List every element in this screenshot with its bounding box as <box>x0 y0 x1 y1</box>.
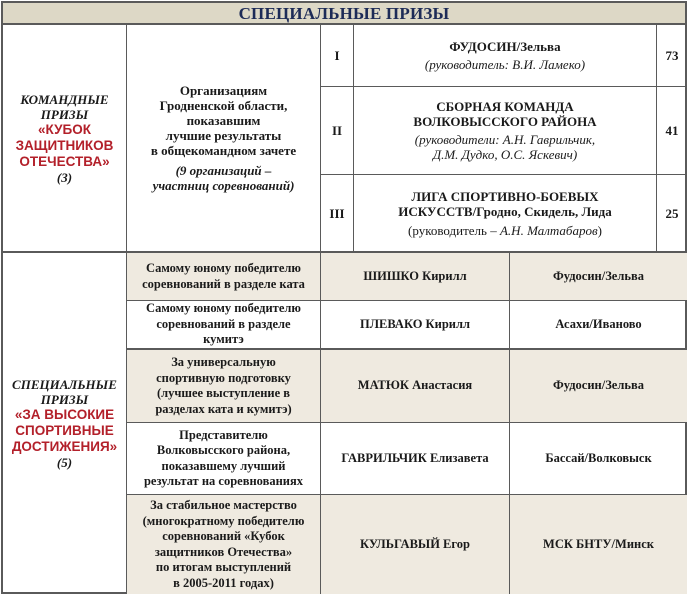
place-3-leader: (руководитель – А.Н. Малтабаров) <box>408 223 602 238</box>
team-prize-description: Организациям Гродненской области, показа… <box>127 25 320 251</box>
award-5-nomination: За стабильное мастерство (многократному … <box>127 495 320 594</box>
place-2-team: СБОРНАЯ КОМАНДА ВОЛКОВЫССКОГО РАЙОНА (ру… <box>354 87 656 174</box>
award-3-club: Фудосин/Зельва <box>510 350 687 422</box>
place-1-label: I <box>321 25 353 86</box>
special-prizes-category: СПЕЦИАЛЬНЫЕ ПРИЗЫ «ЗА ВЫСОКИЕ СПОРТИВНЫЕ… <box>3 253 126 594</box>
place-1-team-name: ФУДОСИН/Зельва <box>449 39 560 54</box>
prizes-table: СПЕЦИАЛЬНЫЕ ПРИЗЫ КОМАНДНЫЕ ПРИЗЫ «КУБОК… <box>1 1 687 594</box>
award-2-nomination: Самому юному победителю соревнований в р… <box>127 301 320 348</box>
award-4-club: Бассай/Волковыск <box>510 423 687 494</box>
special-prize-count: (5) <box>57 455 72 470</box>
team-prizes-category: КОМАНДНЫЕ ПРИЗЫ «КУБОК ЗАЩИТНИКОВ ОТЕЧЕС… <box>3 25 126 251</box>
place-1-team: ФУДОСИН/Зельва (руководитель: В.И. Ламек… <box>354 25 656 86</box>
award-1-nomination: Самому юному победителю соревнований в р… <box>127 253 320 300</box>
place-3-points: 25 <box>657 175 687 251</box>
team-description-note: (9 организаций – участниц соревнований) <box>153 163 295 193</box>
award-3-nomination: За универсальную спортивную подготовку (… <box>127 350 320 422</box>
place-2-leaders: (руководители: А.Н. Гаврильчик, Д.М. Дуд… <box>415 132 595 162</box>
award-2-winner: ПЛЕВАКО Кирилл <box>321 301 509 348</box>
award-3-winner: МАТЮК Анастасия <box>321 350 509 422</box>
special-category-label: СПЕЦИАЛЬНЫЕ ПРИЗЫ <box>12 377 117 407</box>
place-2-team-name: СБОРНАЯ КОМАНДА ВОЛКОВЫССКОГО РАЙОНА <box>413 99 596 129</box>
place-2-points: 41 <box>657 87 687 174</box>
award-4-winner: ГАВРИЛЬЧИК Елизавета <box>321 423 509 494</box>
place-1-points: 73 <box>657 25 687 86</box>
place-2-label: II <box>321 87 353 174</box>
award-5-club: МСК БНТУ/Минск <box>510 495 687 594</box>
team-category-label: КОМАНДНЫЕ ПРИЗЫ <box>20 92 108 122</box>
award-2-club: Асахи/Иваново <box>510 301 687 348</box>
award-4-nomination: Представителю Волковысского района, пока… <box>127 423 320 494</box>
award-1-winner: ШИШКО Кирилл <box>321 253 509 300</box>
page-title: СПЕЦИАЛЬНЫЕ ПРИЗЫ <box>3 3 685 25</box>
place-3-team-name: ЛИГА СПОРТИВНО-БОЕВЫХ ИСКУССТВ/Гродно, С… <box>398 189 611 219</box>
place-3-label: III <box>321 175 353 251</box>
award-5-winner: КУЛЬГАВЫЙ Егор <box>321 495 509 594</box>
award-1-club: Фудосин/Зельва <box>510 253 687 300</box>
place-1-leader: (руководитель: В.И. Ламеко) <box>425 57 585 72</box>
place-3-team: ЛИГА СПОРТИВНО-БОЕВЫХ ИСКУССТВ/Гродно, С… <box>354 175 656 251</box>
special-prize-name: «ЗА ВЫСОКИЕ СПОРТИВНЫЕ ДОСТИЖЕНИЯ» <box>12 407 117 455</box>
team-prize-name: «КУБОК ЗАЩИТНИКОВ ОТЕЧЕСТВА» <box>16 122 114 170</box>
team-description-text: Организациям Гродненской области, показа… <box>151 83 296 158</box>
team-prize-count: (3) <box>57 170 72 185</box>
